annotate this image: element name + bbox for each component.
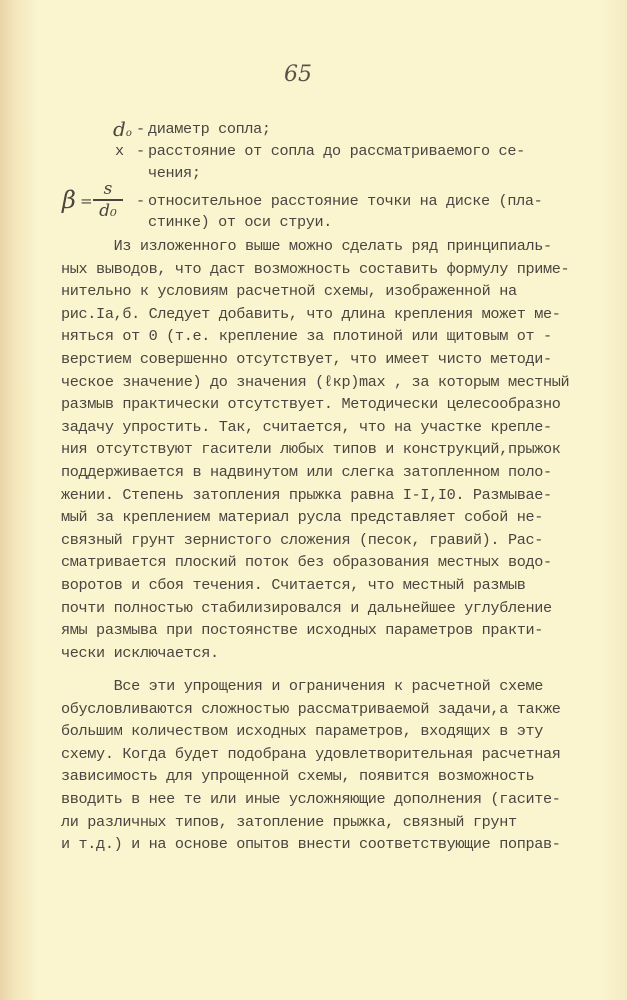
fraction-denominator: d₀	[93, 202, 123, 220]
text-line: вводить в нее те или иные усложняющие до…	[61, 789, 561, 809]
text-line: почти полностью стабилизировался и дальн…	[61, 598, 552, 618]
definition-dash: -	[136, 141, 145, 161]
text-line: воротов и сбоя течения. Считается, что м…	[61, 575, 526, 595]
text-line: задачу упростить. Так, считается, что на…	[61, 417, 552, 437]
symbol-d0: do	[113, 117, 132, 141]
definition-dash: -	[136, 191, 145, 211]
text-line: нительно к условиям расчетной схемы, изо…	[61, 281, 517, 301]
text-line: жении. Степень затопления прыжка равна I…	[61, 485, 552, 505]
text-line: зависимость для упрощенной схемы, появит…	[61, 766, 534, 786]
text-line: и т.д.) и на основе опытов внести соотве…	[61, 834, 561, 854]
text-line: ли различных типов, затопление прыжка, с…	[61, 812, 517, 832]
text-line: Все эти упрощения и ограничения к расчет…	[61, 676, 543, 696]
text-line: обусловливаются сложностью рассматриваем…	[61, 699, 561, 719]
text-line: рис.Iа,б. Следует добавить, что длина кр…	[61, 304, 561, 324]
definition-continuation: стинке) от оси струи.	[148, 212, 332, 232]
definition-text: относительное расстояние точки на диске …	[148, 191, 542, 211]
definition-text: расстояние от сопла до рассматриваемого …	[148, 141, 525, 161]
page-number: 65	[284, 62, 312, 87]
fraction-s-over-d0: s d₀	[93, 180, 123, 220]
text-line: ния отсутствуют гасители любых типов и к…	[61, 439, 561, 459]
text-line: Из изложенного выше можно сделать ряд пр…	[61, 236, 552, 256]
text-line: большим количеством исходных параметров,…	[61, 721, 543, 741]
text-line: сматривается плоский поток без образован…	[61, 552, 552, 572]
text-line: поддерживается в надвинутом или слегка з…	[61, 462, 552, 482]
text-line: ных выводов, что даст возможность состав…	[61, 259, 569, 279]
text-line: мый за креплением материал русла предста…	[61, 507, 543, 527]
text-line: размыв практически отсутствует. Методиче…	[61, 394, 561, 414]
symbol-x: x	[115, 141, 124, 161]
text-line: ямы размыва при постоянстве исходных пар…	[61, 620, 543, 640]
definition-dash: -	[136, 119, 145, 139]
text-line: ческое значение) до значения (ℓкр)max , …	[61, 372, 569, 392]
symbol-beta: β	[62, 186, 76, 214]
text-line: связный грунт зернистого сложения (песок…	[61, 530, 543, 550]
text-line: няться от 0 (т.е. крепление за плотиной …	[61, 326, 552, 346]
symbol-equals: =	[80, 192, 93, 210]
fraction-numerator: s	[93, 180, 123, 198]
definition-continuation: чения;	[148, 163, 201, 183]
text-line: чески исключается.	[61, 643, 219, 663]
text-line: верстием совершенно отсутствует, что име…	[61, 349, 552, 369]
text-line: схему. Когда будет подобрана удовлетвори…	[61, 744, 561, 764]
definition-text: диаметр сопла;	[148, 119, 271, 139]
